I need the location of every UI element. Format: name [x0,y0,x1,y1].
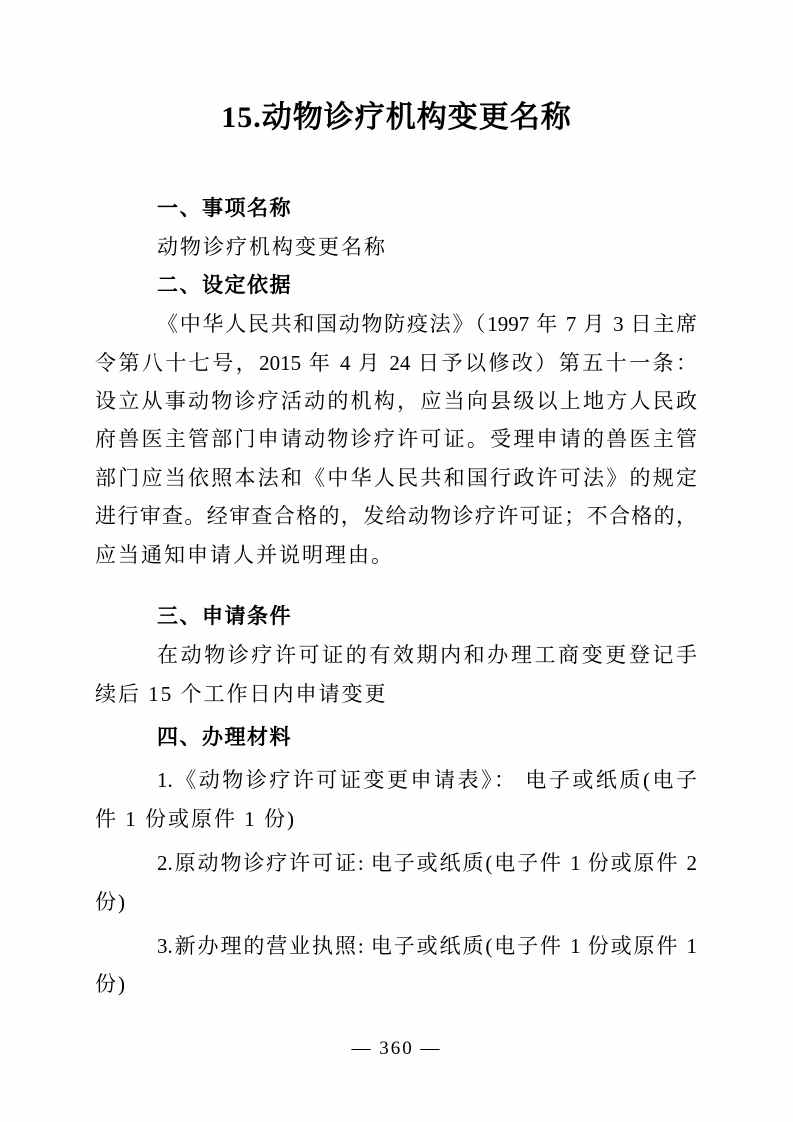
material-item-line: 1.《动物诊疗许可证变更申请表》： 电子或纸质(电子 [95,761,697,799]
text-line: 份) [95,883,697,921]
document-title: 15.动物诊疗机构变更名称 [0,96,793,140]
material-item-line: 3.新办理的营业执照: 电子或纸质(电子件 1 份或原件 1 [95,927,697,965]
section-heading-item-name: 一、事项名称 [95,190,697,228]
text-line: 续后 15 个工作日内申请变更 [95,675,697,713]
section-heading-materials: 四、办理材料 [95,719,697,757]
material-item-line: 2.原动物诊疗许可证: 电子或纸质(电子件 1 份或原件 2 [95,844,697,882]
section-heading-conditions: 三、申请条件 [95,598,697,636]
text-line: 应当通知申请人并说明理由。 [95,536,697,574]
section-heading-legal-basis: 二、设定依据 [95,267,697,305]
text-line: 令第八十七号，2015 年 4 月 24 日予以修改）第五十一条： [95,344,697,382]
text-line: 进行审查。经审查合格的，发给动物诊疗许可证；不合格的， [95,497,697,535]
document-page: 15.动物诊疗机构变更名称 一、事项名称 动物诊疗机构变更名称 二、设定依据 《… [0,0,793,1122]
text-line: 在动物诊疗许可证的有效期内和办理工商变更登记手 [95,636,697,674]
text-line: 《中华人民共和国动物防疫法》（1997 年 7 月 3 日主席 [95,305,697,343]
text-line: 件 1 份或原件 1 份) [95,800,697,838]
text-line: 府兽医主管部门申请动物诊疗许可证。受理申请的兽医主管 [95,420,697,458]
text-line: 动物诊疗机构变更名称 [95,228,697,266]
document-body: 一、事项名称 动物诊疗机构变更名称 二、设定依据 《中华人民共和国动物防疫法》（… [95,190,697,1004]
text-line: 设立从事动物诊疗活动的机构，应当向县级以上地方人民政 [95,382,697,420]
text-line: 份) [95,965,697,1003]
page-number: — 360 — [0,1038,793,1060]
text-line: 部门应当依照本法和《中华人民共和国行政许可法》的规定 [95,459,697,497]
